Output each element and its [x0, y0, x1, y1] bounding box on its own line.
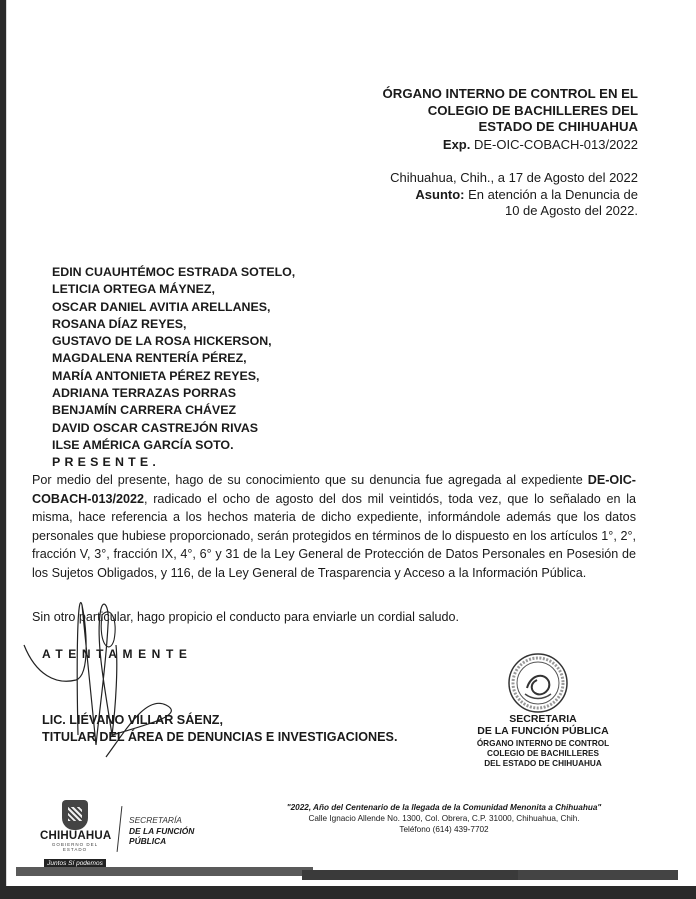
addressee-list: EDIN CUAUHTÉMOC ESTRADA SOTELO, LETICIA …	[52, 264, 295, 472]
signer-block: LIC. LIÉVANO VILLAR SÁENZ, TITULAR DEL Á…	[42, 712, 397, 745]
date-line: Chihuahua, Chih., a 17 de Agosto del 202…	[390, 170, 638, 187]
sfp-line: PÚBLICA	[129, 836, 194, 847]
subject-line: Asunto: En atención a la Denuncia de	[390, 187, 638, 204]
footer-phone: Teléfono (614) 439-7702	[268, 824, 620, 835]
header-line: ÓRGANO INTERNO DE CONTROL EN EL	[383, 86, 638, 103]
addressee: ADRIANA TERRAZAS PORRAS	[52, 385, 295, 402]
addressee: MARÍA ANTONIETA PÉREZ REYES,	[52, 368, 295, 385]
stamp-line: DE LA FUNCIÓN PÚBLICA	[468, 725, 618, 737]
sfp-logo-text: SECRETARÍA DE LA FUNCIÓN PÚBLICA	[129, 815, 194, 847]
date-subject-block: Chihuahua, Chih., a 17 de Agosto del 202…	[390, 170, 638, 220]
addressee: DAVID OSCAR CASTREJÓN RIVAS	[52, 420, 295, 437]
footer-divider	[117, 806, 123, 852]
footer-bar	[302, 870, 519, 880]
footer-motto: "2022, Año del Centenario de la llegada …	[268, 802, 620, 813]
state-shield-icon	[62, 800, 88, 830]
document-page: ÓRGANO INTERNO DE CONTROL EN EL COLEGIO …	[6, 0, 696, 886]
stamp-line: DEL ESTADO DE CHIHUAHUA	[468, 759, 618, 769]
expediente-label: Exp.	[443, 137, 470, 152]
logo-name: CHIHUAHUA	[40, 830, 110, 842]
footer-address: Calle Ignacio Allende No. 1300, Col. Obr…	[268, 813, 620, 824]
addressee: ROSANA DÍAZ REYES,	[52, 316, 295, 333]
subject-value: En atención a la Denuncia de	[468, 187, 638, 202]
header-line: COLEGIO DE BACHILLERES DEL	[383, 103, 638, 120]
sfp-line: DE LA FUNCIÓN	[129, 826, 194, 837]
expediente-value: DE-OIC-COBACH-013/2022	[474, 137, 638, 152]
issuer-header: ÓRGANO INTERNO DE CONTROL EN EL COLEGIO …	[383, 86, 638, 136]
footer-address-block: "2022, Año del Centenario de la llegada …	[268, 802, 620, 835]
signer-title: TITULAR DEL ÁREA DE DENUNCIAS E INVESTIG…	[42, 729, 397, 746]
addressee: EDIN CUAUHTÉMOC ESTRADA SOTELO,	[52, 264, 295, 281]
addressee: GUSTAVO DE LA ROSA HICKERSON,	[52, 333, 295, 350]
addressee: OSCAR DANIEL AVITIA ARELLANES,	[52, 299, 295, 316]
addressee: ILSE AMÉRICA GARCÍA SOTO.	[52, 437, 295, 454]
signer-name: LIC. LIÉVANO VILLAR SÁENZ,	[42, 712, 397, 729]
sfp-line: SECRETARÍA	[129, 815, 194, 826]
official-stamp: SECRETARIA DE LA FUNCIÓN PÚBLICA ÓRGANO …	[468, 713, 618, 769]
presente-label: PRESENTE.	[52, 454, 295, 471]
body-paragraph: Por medio del presente, hago de su conoc…	[32, 471, 636, 583]
logo-subtitle: GOBIERNO DEL ESTADO	[40, 842, 110, 852]
stamp-line: SECRETARIA	[468, 713, 618, 725]
addressee: MAGDALENA RENTERÍA PÉREZ,	[52, 350, 295, 367]
national-seal-icon	[507, 652, 569, 714]
expediente-number: Exp. DE-OIC-COBACH-013/2022	[443, 137, 638, 152]
chihuahua-logo: CHIHUAHUA GOBIERNO DEL ESTADO Juntos Sí …	[40, 800, 110, 870]
footer-bar	[16, 867, 313, 876]
subject-value-cont: 10 de Agosto del 2022.	[390, 203, 638, 220]
header-line: ESTADO DE CHIHUAHUA	[383, 119, 638, 136]
stamp-line: COLEGIO DE BACHILLERES	[468, 749, 618, 759]
stamp-line: ÓRGANO INTERNO DE CONTROL	[468, 739, 618, 749]
body-text: Por medio del presente, hago de su conoc…	[32, 473, 588, 487]
subject-label: Asunto:	[415, 187, 464, 202]
footer-bar	[518, 870, 678, 880]
addressee: BENJAMÍN CARRERA CHÁVEZ	[52, 402, 295, 419]
addressee: LETICIA ORTEGA MÁYNEZ,	[52, 281, 295, 298]
